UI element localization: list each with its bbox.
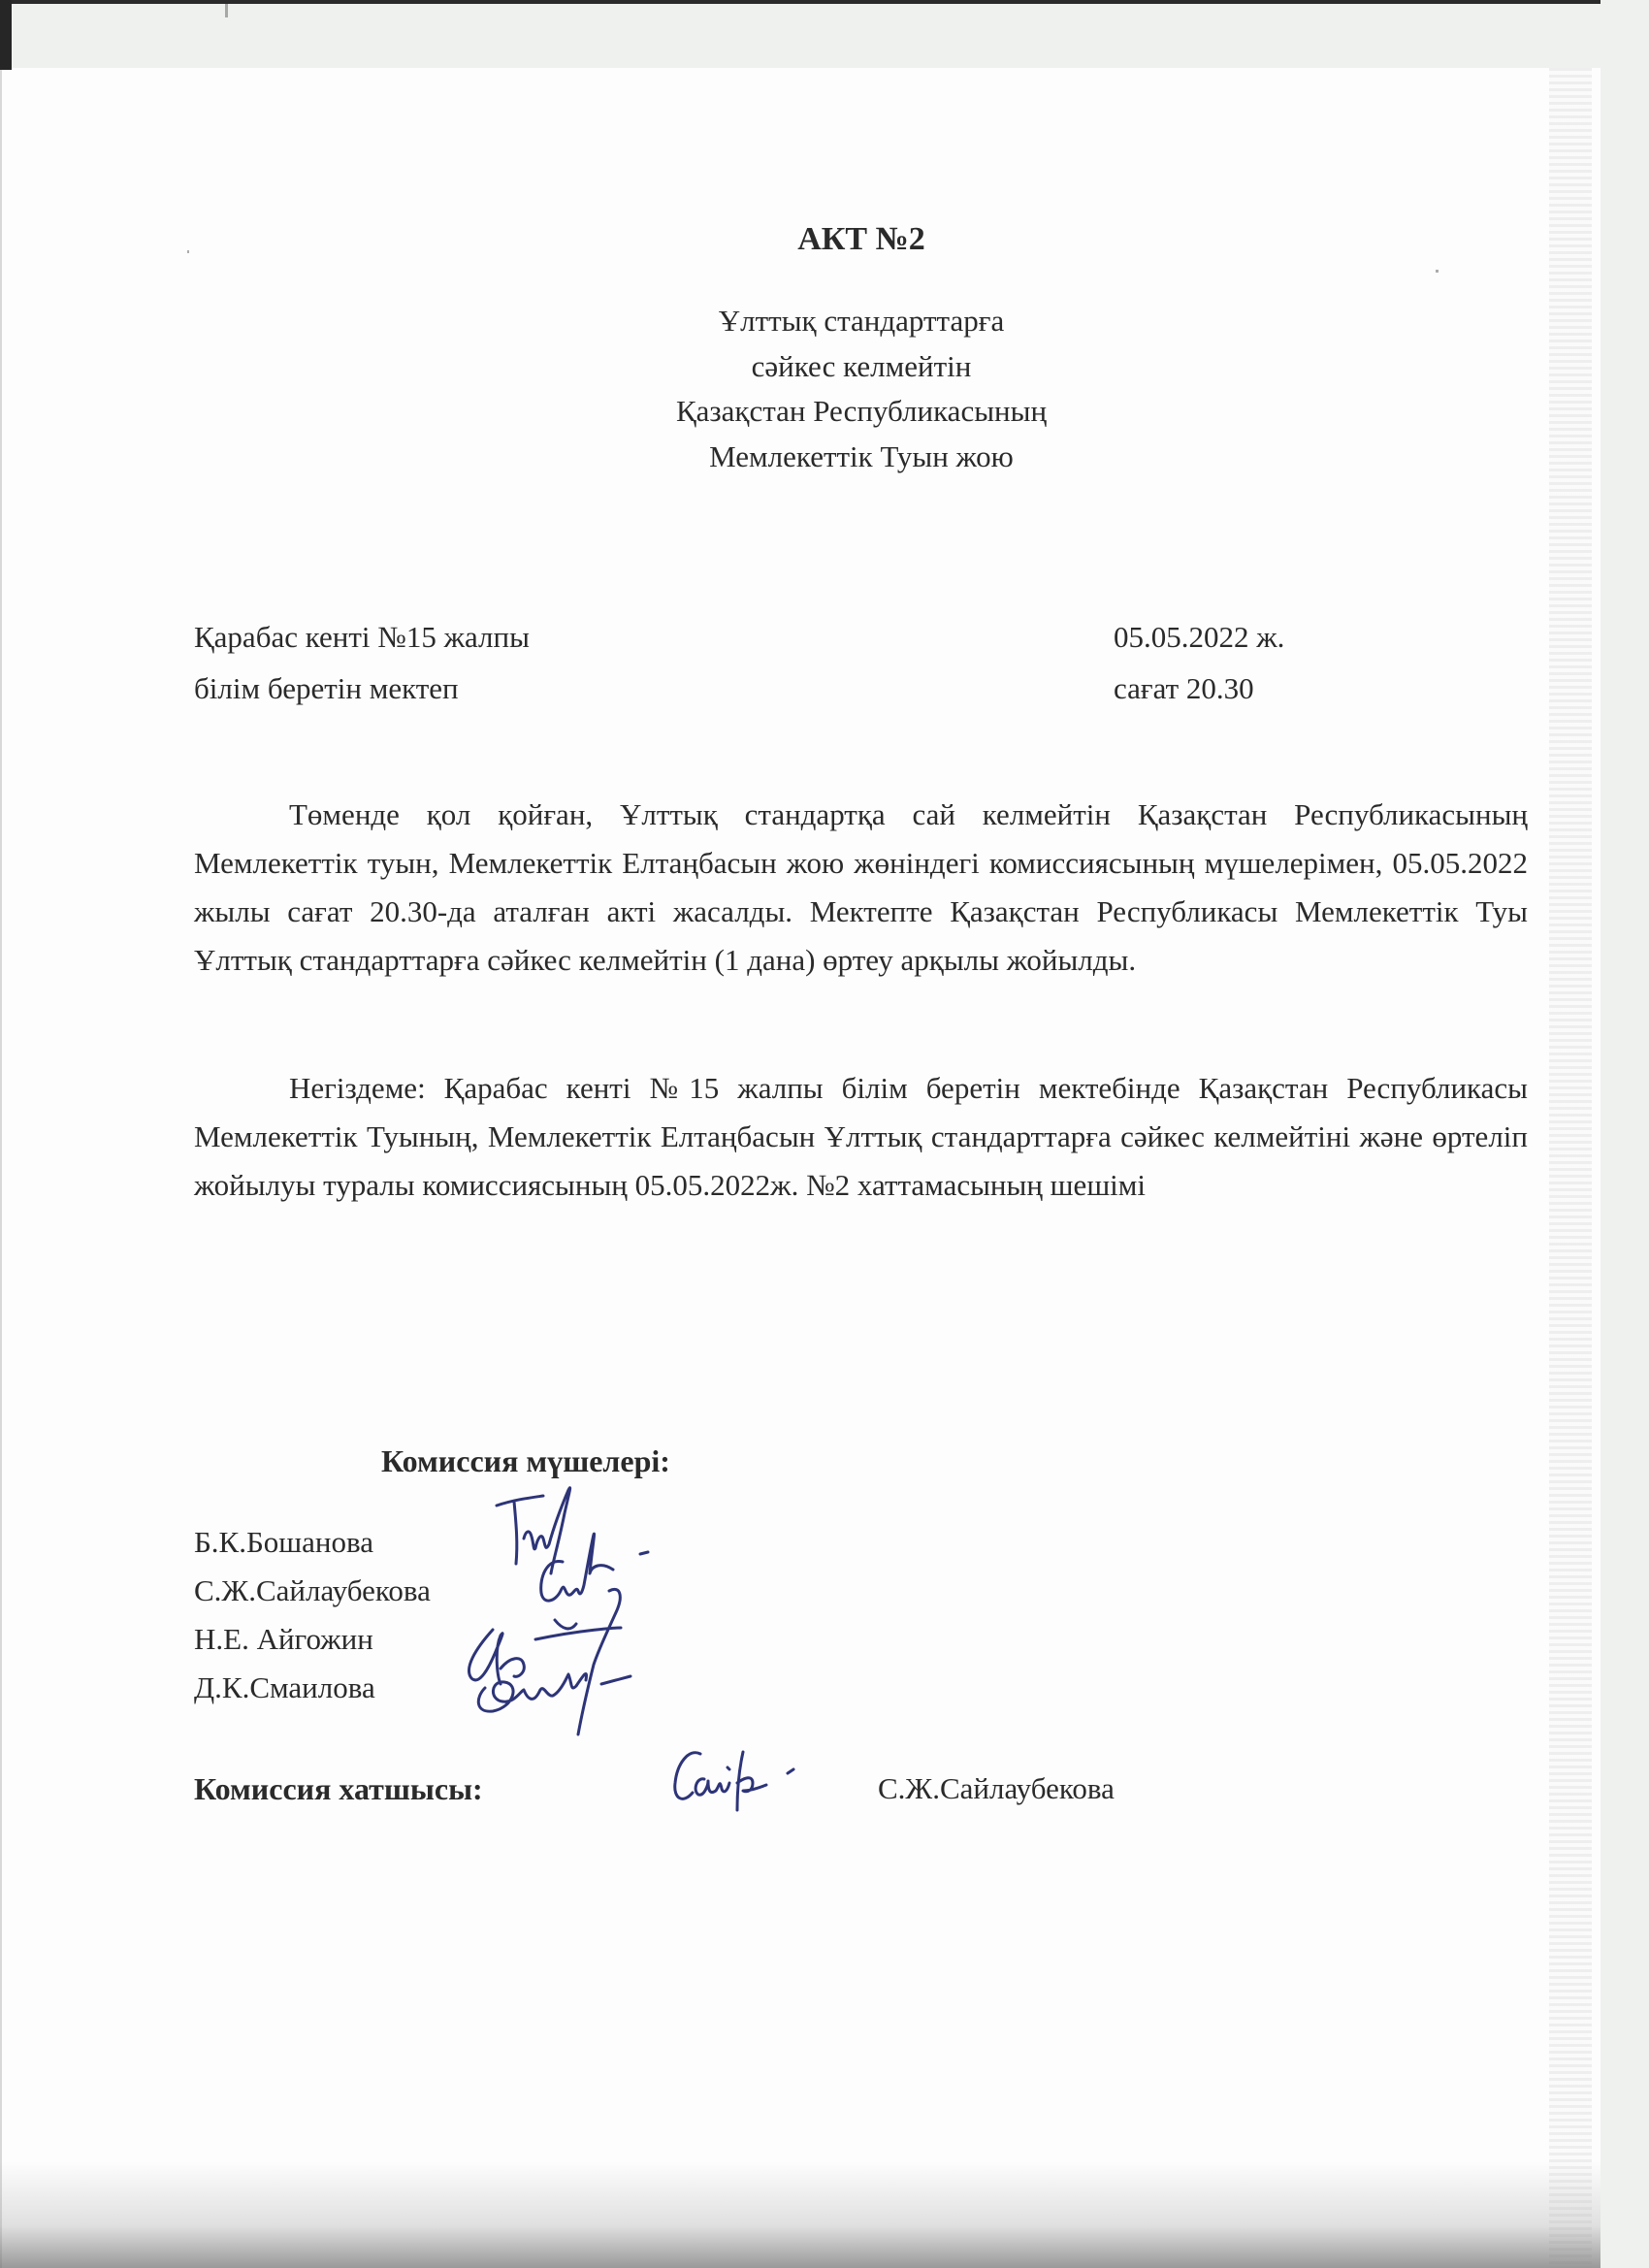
subtitle-line: Қазақстан Республикасының bbox=[0, 389, 1649, 435]
secretary-name: С.Ж.Сайлаубекова bbox=[878, 1771, 1115, 1806]
document-date: 05.05.2022 ж. bbox=[1114, 611, 1284, 663]
document-time: сағат 20.30 bbox=[1114, 663, 1284, 714]
date-time-block: 05.05.2022 ж. сағат 20.30 bbox=[1114, 611, 1284, 714]
document-subtitle: Ұлттық стандарттарға сәйкес келмейтін Қа… bbox=[0, 299, 1649, 479]
commission-member: С.Ж.Сайлаубекова bbox=[194, 1567, 431, 1615]
member-signatures-icon bbox=[446, 1484, 669, 1746]
commission-heading: Комиссия мүшелері: bbox=[381, 1443, 670, 1479]
commission-member: Д.К.Смаилова bbox=[194, 1664, 431, 1712]
subtitle-line: сәйкес келмейтін bbox=[0, 344, 1649, 390]
subtitle-line: Мемлекеттік Туын жою bbox=[0, 435, 1649, 480]
scan-border-left bbox=[0, 0, 12, 70]
body-paragraph-main: Төменде қол қойған, Ұлттық стандартқа са… bbox=[194, 791, 1528, 985]
secretary-label: Комиссия хатшысы: bbox=[194, 1771, 483, 1807]
scan-speck bbox=[1436, 270, 1439, 273]
organization-block: Қарабас кенті №15 жалпы білім беретін ме… bbox=[194, 611, 530, 714]
scan-strip-top bbox=[12, 4, 1649, 68]
document-title: АКТ №2 bbox=[0, 221, 1649, 258]
scan-speck bbox=[225, 4, 228, 17]
subtitle-line: Ұлттық стандарттарға bbox=[0, 299, 1649, 344]
body-paragraph-basis: Негіздеме: Қарабас кенті №15 жалпы білім… bbox=[194, 1064, 1528, 1210]
organization-line: Қарабас кенті №15 жалпы bbox=[194, 611, 530, 663]
scan-shadow-bottom bbox=[0, 2161, 1600, 2268]
commission-member: Н.Е. Айгожин bbox=[194, 1615, 431, 1664]
organization-line: білім беретін мектеп bbox=[194, 663, 530, 714]
commission-member: Б.К.Бошанова bbox=[194, 1518, 431, 1567]
commission-members-list: Б.К.Бошанова С.Ж.Сайлаубекова Н.Е. Айгож… bbox=[194, 1518, 431, 1712]
secretary-signature-icon bbox=[660, 1734, 834, 1822]
